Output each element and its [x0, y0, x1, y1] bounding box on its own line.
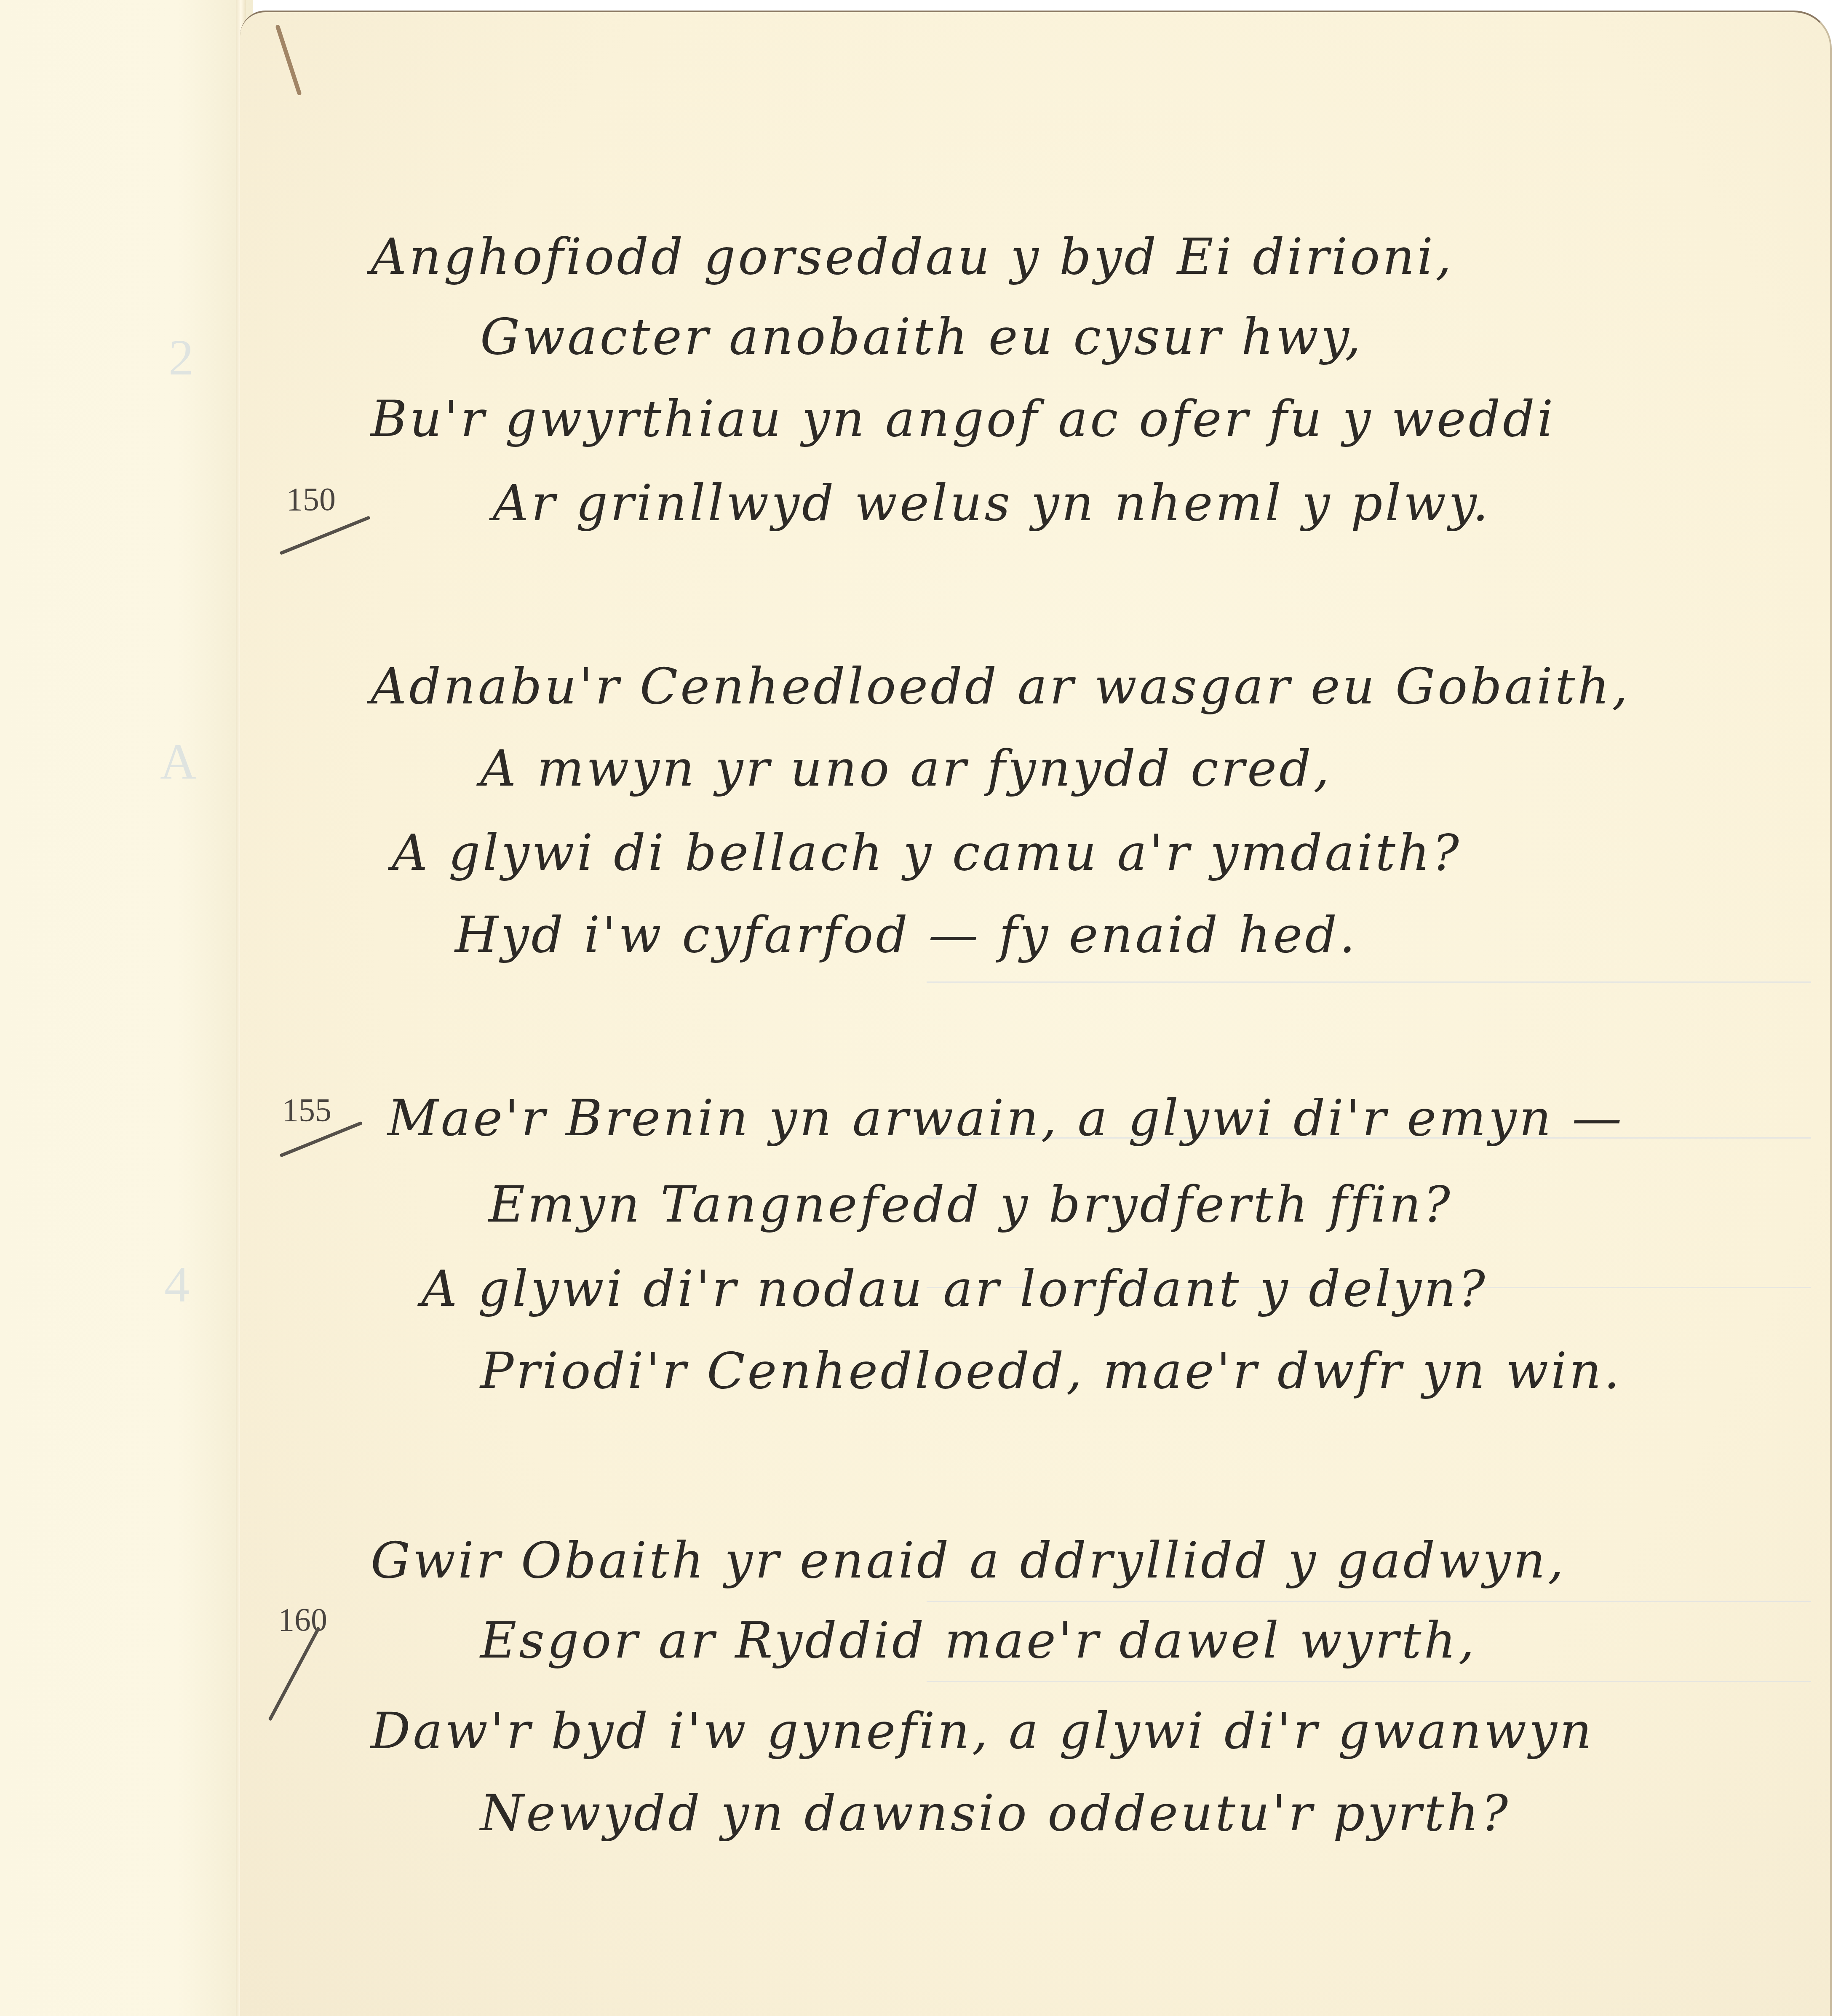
verse-line: Esgor ar Ryddid mae'r dawel wyrth,: [480, 1611, 1477, 1669]
verse-line: A glywi di bellach y camu a'r ymdaith?: [392, 824, 1462, 882]
verse-line: Bu'r gwyrthiau yn angof ac ofer fu y wed…: [371, 390, 1555, 448]
ruled-line: [927, 1601, 1811, 1602]
line-number: 150: [286, 480, 336, 518]
verse-line: Priodi'r Cenhedloedd, mae'r dwfr yn win.: [480, 1342, 1622, 1400]
verse-line: Gwacter anobaith eu cysur hwy,: [480, 307, 1363, 366]
bleed-through-text: 2: [168, 329, 194, 387]
bleed-through-text: A: [160, 733, 197, 791]
verse-line: A mwyn yr uno ar fynydd cred,: [480, 739, 1332, 797]
verse-line: Anghofiodd gorseddau y byd Ei dirioni,: [371, 227, 1454, 286]
verse-line: Newydd yn dawnsio oddeutu'r pyrth?: [480, 1784, 1510, 1842]
ruled-line: [927, 981, 1811, 983]
verse-line: Hyd i'w cyfarfod — fy enaid hed.: [455, 906, 1357, 964]
verse-line: Ar grinllwyd welus yn nheml y plwy.: [493, 474, 1491, 532]
line-number: 155: [282, 1091, 331, 1129]
facing-left-page: 2 A 4: [0, 0, 253, 2016]
verse-line: A glywi di'r nodau ar lorfdant y delyn?: [421, 1259, 1488, 1318]
line-number: 160: [278, 1601, 327, 1639]
verse-line: Adnabu'r Cenhedloedd ar wasgar eu Gobait…: [371, 657, 1630, 715]
verse-line: Gwir Obaith yr enaid a ddryllidd y gadwy…: [371, 1531, 1566, 1589]
verse-line: Emyn Tangnefedd y brydferth ffin?: [489, 1175, 1453, 1233]
ruled-line: [927, 1681, 1811, 1682]
bleed-through-text: 4: [164, 1255, 190, 1313]
verse-line: Daw'r byd i'w gynefin, a glywi di'r gwan…: [371, 1702, 1594, 1760]
verse-line: Mae'r Brenin yn arwain, a glywi di'r emy…: [387, 1089, 1624, 1147]
